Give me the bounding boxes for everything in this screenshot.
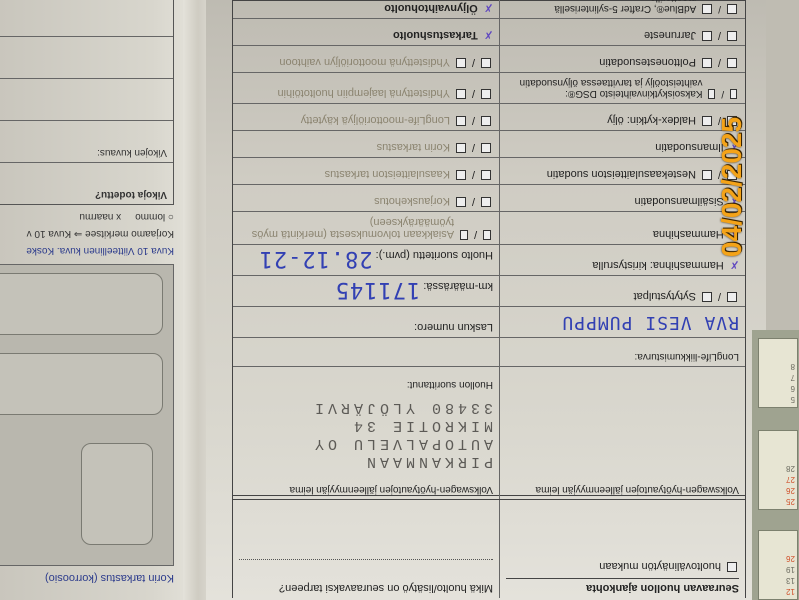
service-date-label: Huolto suoritettu (pvm.): [376,249,493,261]
stamp-label: Volkswagen-hyötyautojen jälleenmyyjän le… [239,484,493,495]
checkbox[interactable] [481,170,491,180]
defects-row [0,78,173,120]
calendar-block: 25262728 [758,430,798,510]
oil-change-combined-item: /Yhdistettynä moottoriöljyn vaihtoon [233,46,499,72]
corrosion-section-title: Korin tarkastus (korroosio) [0,572,174,584]
legend-scratch: x naarmu [79,211,121,222]
checkbox[interactable] [456,197,466,207]
car-top-view [0,273,163,335]
checkbox[interactable] [483,230,491,240]
service-form-top: Seuraavan huollon ajankohta huoltovälinä… [232,495,746,598]
checkbox[interactable] [481,143,491,153]
km-label: km-määrässä: [423,280,493,292]
invoice-value[interactable]: RVA VESI PUMPPU [499,307,745,337]
body-check-item: /Korin tarkastus [233,131,499,157]
fuel-filter-item: /Polttonestesuodatin [499,46,745,72]
checkbox[interactable] [456,143,466,153]
checkbox[interactable] [456,170,466,180]
extended-service-item: /Yhdistettynä laajempiin huoltotöihin [233,73,499,103]
check-mark-icon: ✗ [484,1,493,14]
defects-found-row: Vikoja todettu? [0,162,173,204]
invoice-label: Laskun numero: [233,307,499,337]
longlife-label: LongLife-liikkumisturva: [499,338,745,366]
next-service-option[interactable]: huoltovälinäytön mukaan [506,554,739,572]
service-date-value[interactable]: 28.12-21 [259,246,373,271]
air-filter-item: ✗Ilmansuodatin [499,131,745,157]
timing-belt-tensioner-item: ✗Hammashihna: kiristysrulla [499,245,745,275]
legend-option-dent: ○ lommo [135,211,174,222]
checkbox[interactable] [481,116,491,126]
stamp-label: Volkswagen-hyötyautojen jälleenmyyjän le… [506,484,739,495]
car-side-view [0,353,163,415]
service-form: Volkswagen-hyötyautojen jälleenmyyjän le… [232,0,746,500]
repair-request-item: /Korjauskehotus [233,185,499,211]
checkbox[interactable] [702,170,712,180]
cabin-filter-item: ✗Sisäilmansuodatin [499,185,745,211]
haldex-item: /Haldex-kytkin: öljy [499,104,745,130]
defects-row [0,36,173,78]
inspection-service-item: ✗Tarkastushuolto [233,19,499,45]
left-page-content: Korin tarkastus (korroosio) Kuva 10 Viit… [0,0,190,600]
checkbox[interactable] [727,4,737,14]
left-page: Korin tarkastus (korroosio) Kuva 10 Viit… [0,0,190,600]
calendar-block: 12131926 [758,530,798,600]
lpg-filter-item: /Nestekaasulaitteiston suodatin [499,158,745,184]
defects-description-row: Vikojen kuvaus: [0,120,173,162]
service-record-page: Seuraavan huollon ajankohta huoltovälinä… [206,0,766,600]
performed-by-label: Huollon suorittanut: [239,379,493,390]
gas-system-check-item: /Kaasulaitteiston tarkastus [233,158,499,184]
defects-row [0,0,173,36]
figure-caption: Kuva 10 Viitteellinen kuva. Koske [0,245,174,256]
checkbox[interactable] [702,4,712,14]
checkbox[interactable] [702,58,712,68]
spark-plugs-item: /Sytytystulpat [499,276,745,306]
checkbox[interactable] [456,58,466,68]
defects-table: Vikoja todettu? Vikojen kuvaus: [0,0,174,205]
dealer-stamp-box-left: Volkswagen-hyötyautojen jälleenmyyjän le… [499,367,745,499]
check-mark-icon: ✗ [484,28,493,41]
checkbox[interactable] [727,562,737,572]
timing-belt-item: ✗Hammashihna [499,212,745,244]
car-front-view [81,443,153,545]
performed-by-field[interactable] [233,338,499,366]
customer-request-item: /Asiakkaan tolvomuksesta (merkintä myös … [233,212,499,244]
checkbox[interactable] [481,58,491,68]
checkbox[interactable] [460,230,468,240]
service-record-content: Seuraavan huollon ajankohta huoltovälinä… [206,0,766,600]
checkbox[interactable] [702,31,712,41]
dsg-item: /Kaksoiskytkinvaihteisto DSG®: vaihteist… [499,73,745,103]
checkbox[interactable] [727,31,737,41]
checkbox[interactable] [456,116,466,126]
brake-fluid-item: /Jarruneste [499,19,745,45]
photo-date-stamp: 04/02/2025 [712,82,752,292]
next-work-line[interactable] [239,559,493,560]
checkbox[interactable] [456,89,466,99]
longlife-oil-item: /LongLife-moottoriöljyä käytetty [233,104,499,130]
calendar-block: 5678 [758,338,798,408]
checkbox[interactable] [481,197,491,207]
dealer-stamp: PIRKANMAAN AUTOPALVELU OY MIKROTIE 34 33… [239,398,493,470]
checkbox[interactable] [702,292,712,302]
next-service-title: Seuraavan huollon ajankohta [506,578,739,594]
checkbox[interactable] [727,58,737,68]
body-diagram [0,264,174,566]
body-map-note: Korjaamo merkitsee ⇒ Kuva 10 v [0,228,174,239]
dealer-stamp-box-right: Volkswagen-hyötyautojen jälleenmyyjän le… [233,367,499,499]
checkbox[interactable] [702,116,712,126]
next-work-question: Mikä huolto/lisätyö on seuraavaksi tarpe… [239,582,493,594]
adblue-item: /AdBlue®, Crafter 5-sylinterisellä moott… [499,0,745,18]
desk-calendar: 5678 25262728 12131926 [752,330,799,600]
km-value[interactable]: 171145 [335,277,420,302]
checkbox[interactable] [481,89,491,99]
checkbox[interactable] [727,292,737,302]
oil-change-service-item: ✗Öljynvaihtohuolto [233,0,499,18]
